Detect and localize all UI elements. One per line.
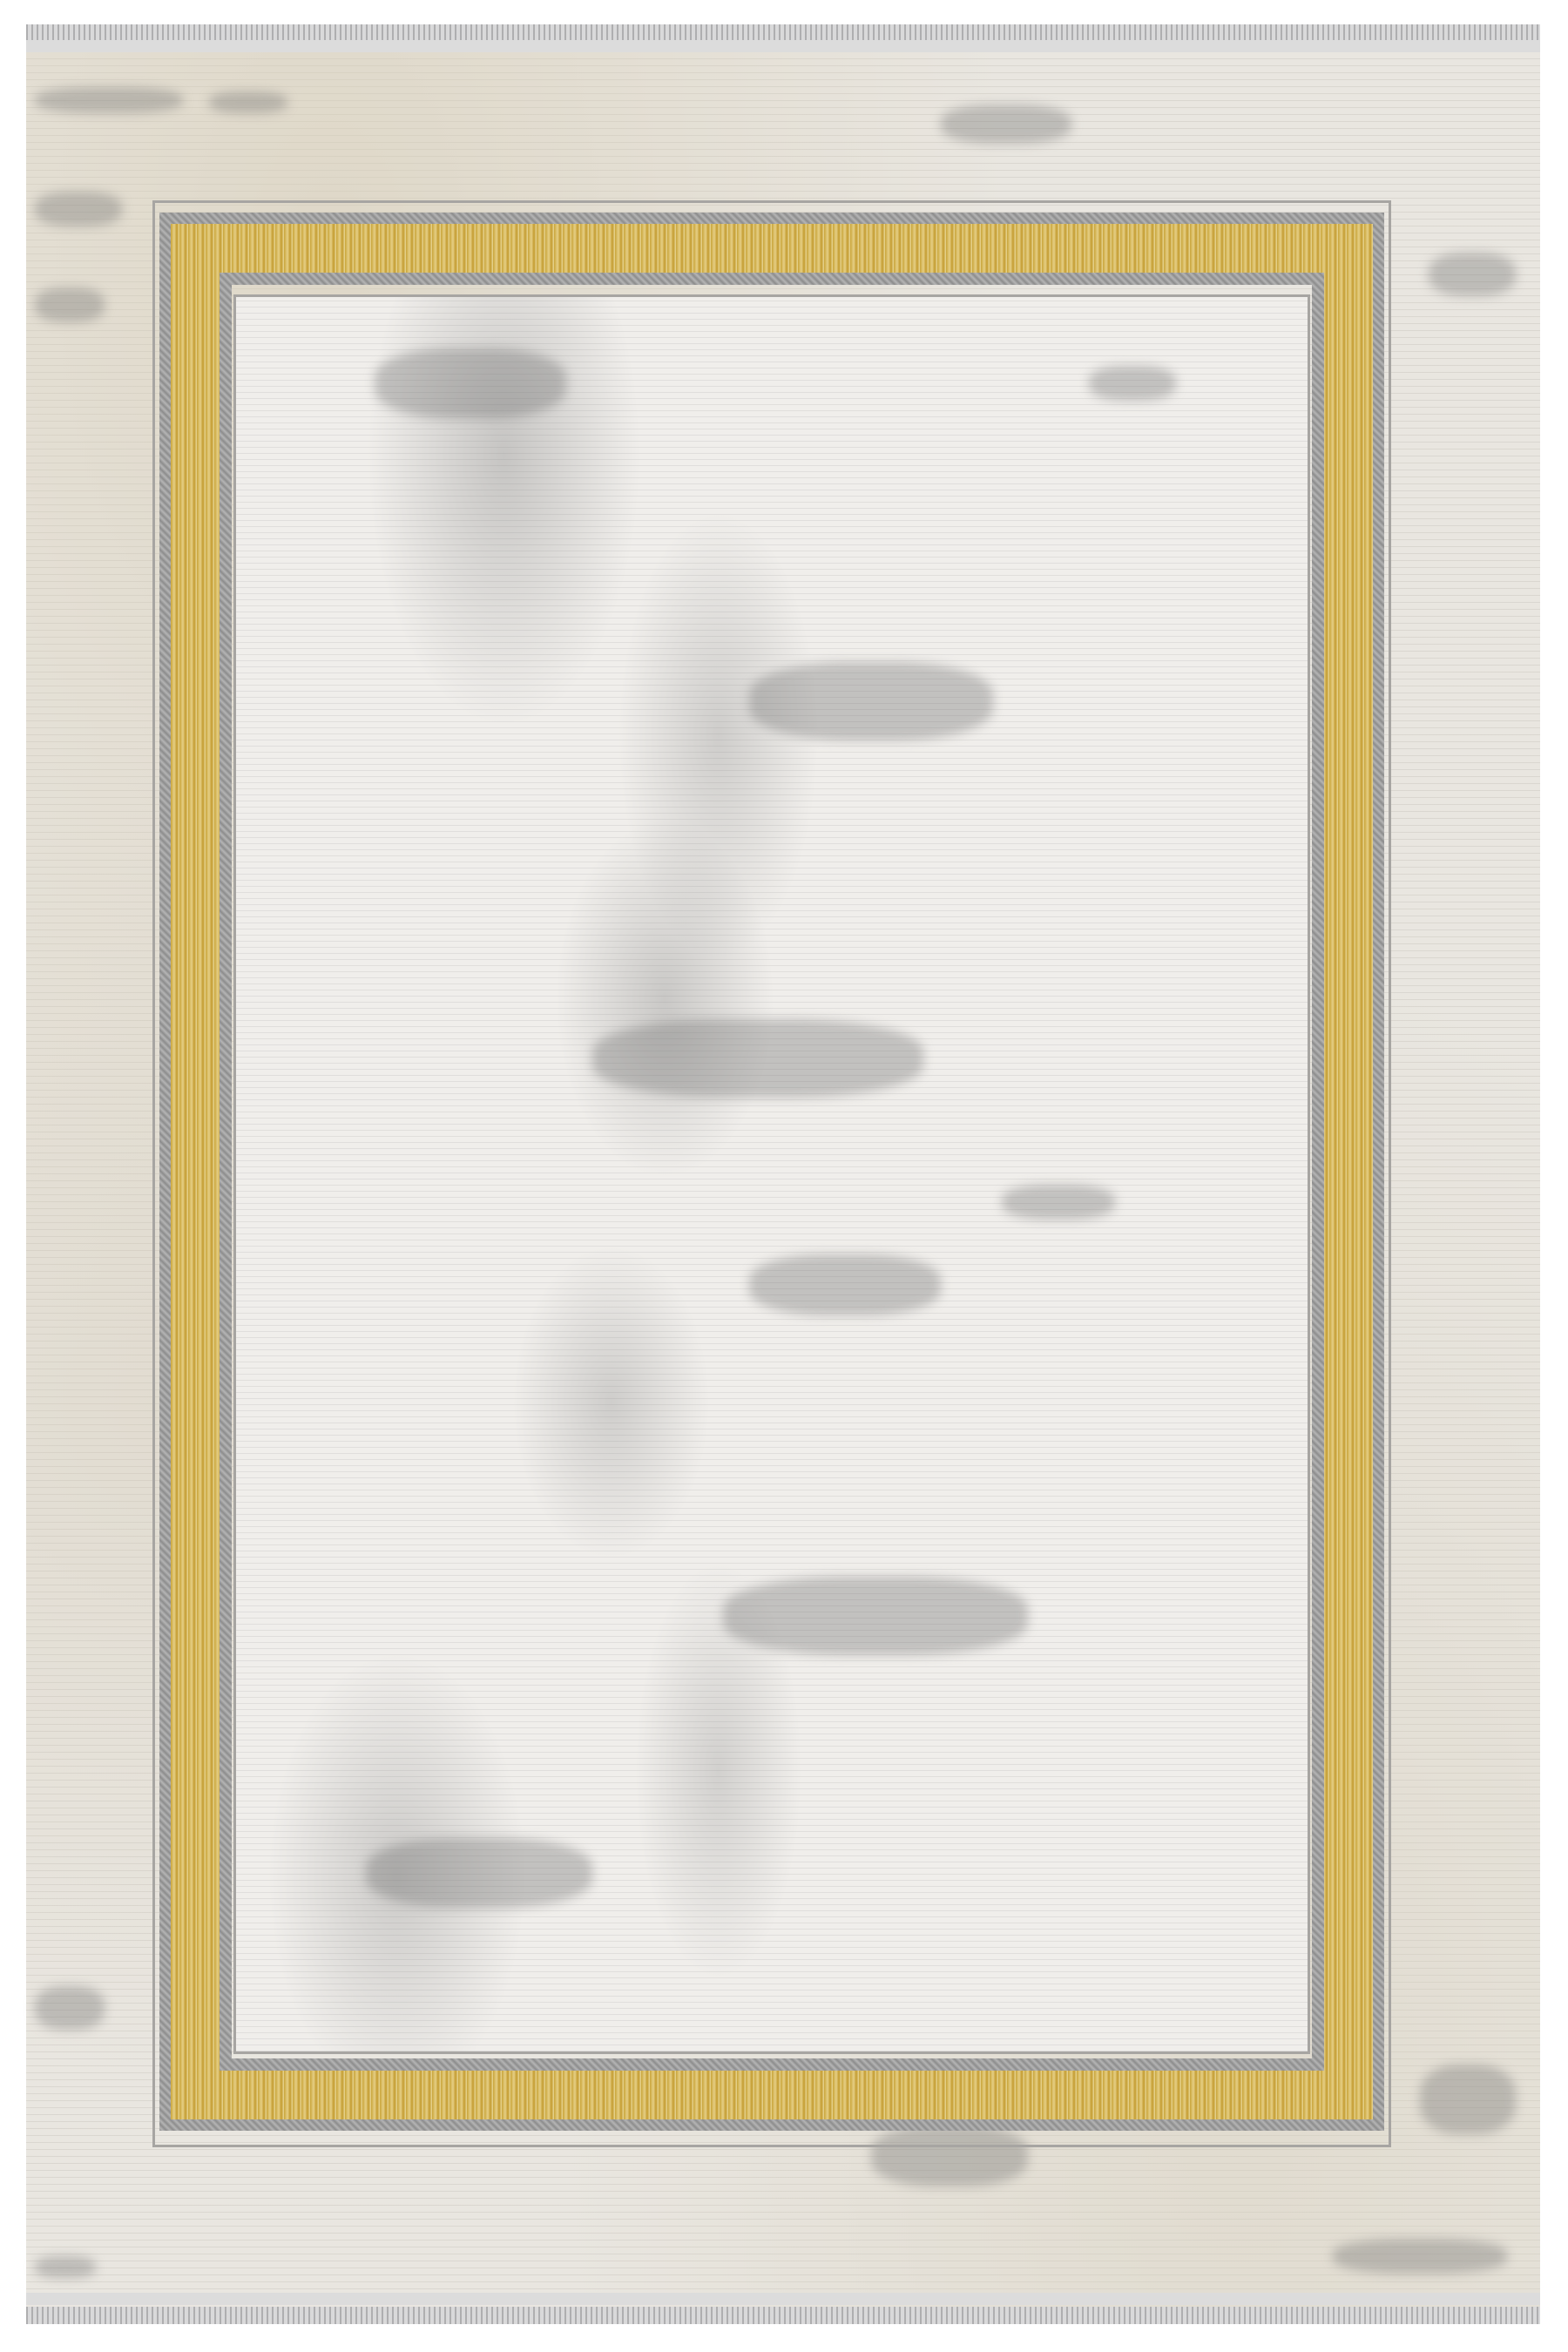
distress-mark <box>1002 1185 1115 1220</box>
distress-mark <box>1420 2065 1516 2134</box>
distress-mark <box>749 662 993 740</box>
distress-mark <box>723 1577 1028 1655</box>
distress-mark <box>35 192 122 226</box>
top-fringe <box>26 24 1540 42</box>
top-binding <box>26 40 1540 52</box>
bottom-fringe <box>26 2307 1540 2324</box>
distress-mark <box>366 1838 592 1908</box>
distress-mark <box>749 1254 941 1315</box>
distress-mark <box>35 1986 105 2030</box>
distress-mark <box>35 87 183 113</box>
distress-mark <box>1089 366 1176 401</box>
bottom-binding <box>26 2293 1540 2305</box>
distress-mark <box>592 1019 923 1098</box>
distress-mark <box>35 287 105 322</box>
distress-mark <box>1333 2239 1507 2274</box>
distress-mark <box>209 91 287 113</box>
distress-mark <box>375 348 566 418</box>
distress-mark <box>35 2256 96 2278</box>
distress-mark <box>941 105 1071 144</box>
central-field <box>233 294 1310 2054</box>
distress-mark <box>1429 253 1516 296</box>
